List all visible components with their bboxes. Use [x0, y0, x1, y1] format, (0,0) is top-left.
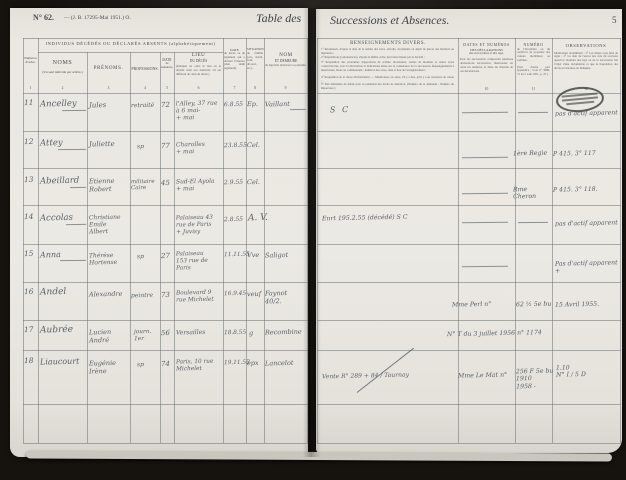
col-header-situation: SITUATION de famille (cél., marié, veuf,… [247, 48, 263, 71]
row-age: 45 [161, 179, 173, 187]
grid-line [23, 320, 308, 321]
grid-line [317, 38, 621, 39]
col-note: (Voir d'autre part appendice ; Lois n° 3… [517, 66, 550, 77]
row-date-deces: 2.9.55 [224, 179, 245, 187]
col-label: DATES ET NUMÉROS [460, 43, 513, 48]
row-observations: Pas d'actif apparent + [555, 259, 621, 275]
row-nom: Aubrée [40, 325, 86, 337]
col-note: Mentionner notamment : 1° Les mises sous… [554, 52, 618, 71]
row-legataire: Faynot 40/2. [265, 290, 307, 306]
grid-line [174, 52, 175, 443]
form-reference: — (J. B. 17295-Mai 1951.) O. [64, 15, 131, 22]
row-age: 77 [161, 142, 173, 150]
grid-line [246, 38, 247, 443]
row-prenoms: Thérèse Hortense [89, 252, 131, 267]
col-header-numero: Numéros d'ordre. [23, 56, 38, 64]
row-date-deces: 2.8.55 [224, 216, 245, 224]
grid-line [307, 38, 308, 443]
col-header-lieu: LIEU DU DÉCÈS (Indiquer en outre le lieu… [176, 53, 221, 77]
row-legataire: Recombine [265, 329, 310, 338]
renseignements-note-5: 5° Des demandes de délais pour le paieme… [321, 83, 454, 91]
pen-flourish [66, 224, 86, 225]
registry-book-photo: N° 62. — (J. B. 17295-Mai 1951.) O. Tabl… [0, 0, 626, 480]
grid-line [223, 38, 224, 443]
col-sub: (Indiquer en outre le lieu où le décédé … [176, 65, 221, 76]
col-number: 5 [160, 86, 174, 90]
row-num: 13 [24, 176, 37, 185]
row-situation: g [249, 330, 263, 338]
grid-line [23, 93, 308, 94]
row-situation: Cel. [247, 142, 263, 150]
col-label2: DU DÉCÈS [176, 59, 221, 63]
form-number: N° 62. [33, 13, 54, 23]
row-nom: Abeillard [40, 176, 86, 187]
row-observations: 1.10 N° I / 5 D [556, 363, 618, 379]
grid-line [38, 38, 39, 443]
grid-line [130, 52, 131, 443]
col-number: 10 [458, 87, 515, 91]
grid-line [458, 38, 459, 443]
row-date-deces: 6.8.55 [224, 101, 245, 109]
row-numero: 62 ½ 5e bu [516, 301, 552, 309]
row-lieu: Paris, 10 rue Michelet [176, 359, 222, 374]
row-lieu: Versailles [176, 329, 222, 337]
row-profession: sp [137, 253, 159, 261]
stamp-line [566, 101, 594, 105]
row-nom: Andel [40, 287, 86, 299]
grid-line [23, 205, 308, 206]
grid-line [317, 38, 318, 443]
row-observations: P 415. 3° 117 [553, 149, 619, 158]
col-header-professions: PROFESSIONS. [130, 67, 160, 72]
col-sub: de naissance. [160, 62, 174, 69]
row-age: 56 [161, 329, 173, 337]
row-age: 74 [161, 360, 173, 368]
book-title-left: Table des [256, 11, 301, 25]
row-nom: Attey [40, 138, 86, 149]
row-situation: Ep. [247, 101, 263, 109]
renseignements-title: RENSEIGNEMENTS DIVERS. [319, 41, 457, 47]
col-sub: du décès ou du jugement qui a déclaré l'… [224, 52, 245, 71]
row-profession: peintre [131, 292, 159, 300]
col-number: 2 [38, 86, 87, 90]
pen-flourish [70, 187, 86, 188]
row-numero: 256 F 5e bu 1910 1958 - [516, 368, 554, 391]
col-header-observations: OBSERVATIONS Mentionner notamment : 1° L… [554, 43, 618, 70]
row-nom: Anna [40, 250, 86, 260]
renseignements-note-3: 3° Réquisition des poursuites d'appositi… [321, 61, 454, 72]
col-header-naissance: DATE de naissance. [160, 58, 174, 70]
grid-line [317, 131, 621, 132]
row-num: 12 [24, 138, 37, 147]
grid-line [317, 443, 621, 444]
row-observations: P 415. 3° 118. [553, 185, 619, 194]
row-date-deces: 16.9.45 [224, 291, 245, 298]
row-numero: 1ère Regie [513, 150, 551, 158]
grid-line [620, 38, 621, 443]
grid-line [317, 282, 621, 283]
col-number: 11 [515, 87, 552, 91]
grid-line [317, 205, 621, 206]
grid-line [160, 52, 161, 443]
row-legataire: Lancelot [265, 360, 307, 369]
row-situation: Cel. [247, 179, 263, 187]
col-sub: de l'inventaire ou du certificat de prop… [517, 48, 550, 63]
col-sub: de famille (cél., marié, veuf, divorcé, … [247, 52, 263, 71]
row-prenoms: Juliette [89, 140, 129, 149]
row-legataire: Vaillant [265, 101, 307, 110]
book-title-right: Successions et Absences. [330, 13, 449, 27]
col-number: 9 [264, 86, 307, 90]
row-date-deces: 18.8.55 [224, 330, 245, 337]
row-numero: Rme Cheron [513, 186, 551, 201]
row-lieu: l'Alley, 37 rue à 6 mai- + mai [176, 100, 222, 122]
col-sub: du légataire universel ou présumé. [265, 64, 307, 68]
col-number: 1 [23, 86, 38, 90]
grid-line [317, 244, 621, 245]
row-num: 18 [24, 357, 37, 366]
col-number: 8 [246, 86, 264, 90]
col-number: 7 [223, 86, 246, 90]
col-number: 3 [87, 86, 130, 90]
row-situation: Vve [247, 252, 263, 260]
left-group-header: INDIVIDUS DÉCÉDÉS OU DÉCLARÉS ABSENTS (a… [39, 41, 222, 47]
row-declaration: Mme Perl n° [452, 300, 514, 309]
row-situation: A. V. [248, 213, 278, 224]
row-prenoms: Alexandre [89, 291, 131, 300]
row-lieu: Boulevard 9 rue Michelet [176, 290, 222, 305]
col-header-date-deces: DATE du décès ou du jugement qui a décla… [224, 48, 245, 71]
row-profession: journ. 1er [134, 329, 159, 343]
row-prenoms: Lucien André [89, 329, 131, 345]
col-number: 4 [130, 86, 160, 90]
row-profession: sp [137, 361, 159, 369]
grid-line [317, 404, 621, 405]
row-age: 73 [161, 291, 173, 299]
row-nom: Liaucourt [40, 356, 88, 366]
row-date-deces: 23.8.55 [224, 142, 245, 150]
col-header-noms: NOMS (Un seul individu par article.) [38, 60, 87, 74]
grid-line [23, 404, 308, 405]
row-nom: Accolas [40, 213, 86, 224]
row-prenoms: Etienne Robert [89, 178, 129, 194]
col-header-dates-declarations: DATES ET NUMÉROS DES DÉCLARATIONS des su… [460, 43, 513, 73]
row-situation: veuf [247, 291, 263, 299]
col-sub: (Un seul individu par article.) [38, 70, 87, 74]
col-header-prenoms: PRÉNOMS. [87, 66, 130, 72]
row-observations: pas d'actif apparent [555, 109, 619, 118]
col-sub: des successions et des legs. [460, 52, 513, 56]
row-profession: retraité [131, 102, 159, 110]
row-observations: pas d'actif apparent [555, 219, 619, 228]
row-prenoms: Christiane Emile Albert [89, 214, 131, 236]
grid-line [23, 244, 308, 245]
grid-line [23, 168, 308, 169]
col-header-legataire: NOM ET DEMEURE du légataire universel ou… [265, 53, 307, 68]
col-note: Pour les successions comportant plusieur… [460, 58, 513, 73]
grid-line [23, 350, 308, 351]
grid-line [317, 320, 621, 321]
row-num: 16 [24, 288, 37, 297]
row-prenoms: Jules [89, 101, 129, 110]
grid-line [317, 168, 621, 169]
row-date-deces: 11.11.55 [224, 252, 245, 259]
row-declaration: Mme Le Mat n° [458, 371, 514, 379]
col-header-numero-inventaire: NUMÉRO de l'inventaire ou du certificat … [517, 43, 550, 77]
row-lieu: Palaiseau 153 rue de Paris [176, 251, 222, 272]
row-num: 15 [24, 250, 37, 259]
row-date-deces: 19.11.55 [224, 360, 245, 367]
book-gutter [303, 8, 321, 457]
page-number: 5 [612, 15, 617, 26]
pen-flourish [290, 109, 306, 110]
row-num: 11 [24, 99, 37, 108]
row-num: 17 [24, 326, 37, 335]
row-situation: épx [247, 360, 263, 368]
row-profession: sp [137, 143, 159, 151]
row-age: 27 [161, 252, 173, 260]
row-age: 72 [161, 101, 173, 109]
grid-line [317, 350, 621, 351]
col-sub: d'ordre. [23, 60, 38, 64]
col-number: 6 [174, 86, 223, 90]
grid-line [23, 131, 308, 132]
grid-line [23, 443, 308, 444]
row-num: 14 [24, 213, 37, 222]
row-lieu: Charolles + mai [176, 141, 222, 156]
grid-line [23, 282, 308, 283]
grid-line [23, 38, 308, 39]
row-profession: militaire Caire [131, 179, 159, 193]
row-nom: Ancelley [40, 99, 86, 110]
row-legataire: Saligot [265, 252, 307, 261]
grid-line [87, 52, 88, 443]
row-lieu: Sud-El Ayola + mai [176, 178, 222, 193]
row-prenoms: Eugénie Irène [89, 360, 131, 376]
col-label: OBSERVATIONS [554, 43, 618, 49]
col-label: NOMS [38, 60, 87, 67]
row-observations: 15 Avril 1955. [555, 300, 619, 309]
row-lieu: Palaiseau 43 rue de Paris + Juvisy [176, 215, 222, 236]
grid-line [264, 38, 265, 443]
